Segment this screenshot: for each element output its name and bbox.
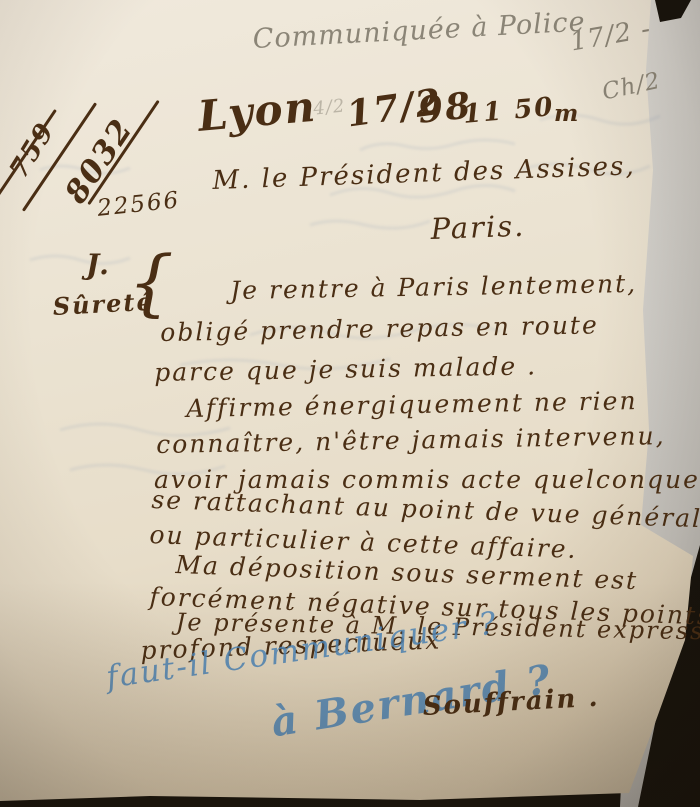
document-photo: Communiquée à Police 17/2 - Ch/2 14/2 75… <box>0 0 700 807</box>
time-suffix: m <box>554 100 580 127</box>
margin-service-initial: J. <box>86 248 111 281</box>
origin-city: Lyon <box>196 82 319 141</box>
margin-brace: { <box>128 240 174 324</box>
recipient-city: Paris. <box>430 209 526 246</box>
